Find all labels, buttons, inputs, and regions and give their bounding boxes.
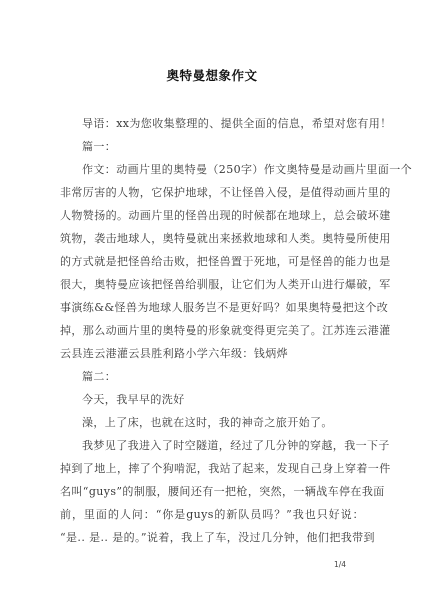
paragraph-line: 云县连云港灌云县胜利路小学六年级：钱炳烨 [60, 347, 364, 361]
paragraph-line: 前，里面的人问：“你是guys的新队员吗？”我也只好说： [60, 508, 364, 522]
paragraph-line: 作文：动画片里的奥特曼（250字）作文奥特曼是动画片里面一个 [82, 163, 364, 177]
document-page: 奥特曼想象作文 导语：xx为您收集整理的、提供全面的信息，希望对您有用！ 篇一：… [0, 0, 424, 600]
intro-text: 导语：xx为您收集整理的、提供全面的信息，希望对您有用！ [82, 117, 386, 131]
paragraph-line: 我梦见了我进入了时空隧道，经过了几分钟的穿越，我一下子 [82, 439, 364, 453]
paragraph-line: 的方式就是把怪兽给击败，把怪兽置于死地，可是怪兽的能力也是 [60, 255, 364, 269]
paragraph-line: 事演练&&怪兽为地球人服务岂不是更好吗？如果奥特曼把这个改 [60, 301, 364, 315]
page-number: 1/4 [334, 560, 346, 569]
section-heading-2: 篇二： [82, 370, 386, 384]
paragraph-line: 很大，奥特曼应该把怪兽给驯服，让它们为人类开山进行爆破，军 [60, 278, 364, 292]
paragraph-line: 名叫“guys”的制服，腰间还有一把枪，突然，一辆战车停在我面 [60, 485, 364, 499]
paragraph-line: 澡，上了床，也就在这时，我的神奇之旅开始了。 [82, 416, 386, 430]
paragraph-line: 今天，我早早的洗好 [82, 393, 386, 407]
paragraph-line: 掉，那么动画片里的奥特曼的形象就变得更完美了。江苏连云港灌 [60, 324, 364, 338]
paragraph-line: “是.. 是.. 是的。”说着，我上了车，没过几分钟，他们把我带到 [60, 531, 364, 545]
paragraph-line: 掉到了地上，摔了个狗啃泥，我站了起来，发现自己身上穿着一件 [60, 462, 364, 476]
section-heading-1: 篇一： [82, 140, 386, 154]
paragraph-line: 筑物，袭击地球人，奥特曼就出来拯救地球和人类。奥特曼所使用 [60, 232, 364, 246]
document-title: 奥特曼想象作文 [0, 66, 424, 84]
paragraph-line: 非常厉害的人物，它保护地球，不让怪兽入侵，是值得动画片里的 [60, 186, 364, 200]
paragraph-line: 人物赞扬的。动画片里的怪兽出现的时候都在地球上，总会破坏建 [60, 209, 364, 223]
